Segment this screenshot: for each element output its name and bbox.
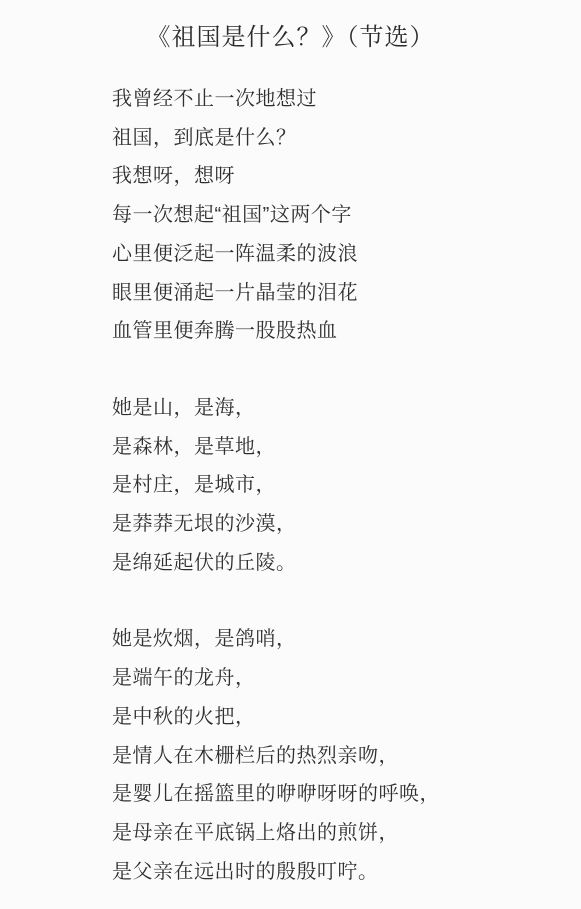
poem-line: 我曾经不止一次地想过	[112, 80, 551, 119]
poem-line: 是母亲在平底锅上烙出的煎饼，	[112, 814, 551, 853]
poem-line: 心里便泛起一阵温柔的波浪	[112, 235, 551, 274]
poem-line: 是村庄，是城市，	[112, 466, 551, 505]
poem-stanza-1: 我曾经不止一次地想过 祖国，到底是什么？ 我想呀，想呀 每一次想起“祖国”这两个…	[112, 80, 551, 351]
poem-article: 《祖国是什么？》（节选） 我曾经不止一次地想过 祖国，到底是什么？ 我想呀，想呀…	[0, 0, 581, 891]
poem-line: 是莽莽无垠的沙漠，	[112, 505, 551, 544]
poem-stanza-2: 她是山，是海， 是森林，是草地， 是村庄，是城市， 是莽莽无垠的沙漠， 是绵延起…	[112, 389, 551, 583]
poem-page: 《祖国是什么？》（节选） 我曾经不止一次地想过 祖国，到底是什么？ 我想呀，想呀…	[0, 0, 581, 909]
poem-line: 祖国，到底是什么？	[112, 119, 551, 158]
poem-title: 《祖国是什么？》（节选）	[0, 20, 581, 56]
poem-line: 她是炊烟，是鸽哨，	[112, 620, 551, 659]
poem-line: 是森林，是草地，	[112, 428, 551, 467]
poem-line: 血管里便奔腾一股股热血	[112, 312, 551, 351]
poem-line: 她是山，是海，	[112, 389, 551, 428]
poem-line: 每一次想起“祖国”这两个字	[112, 196, 551, 235]
poem-stanza-3: 她是炊烟，是鸽哨， 是端午的龙舟， 是中秋的火把， 是情人在木栅栏后的热烈亲吻，…	[112, 620, 551, 891]
poem-line: 是绵延起伏的丘陵。	[112, 544, 551, 583]
poem-line: 是中秋的火把，	[112, 698, 551, 737]
poem-line: 是情人在木栅栏后的热烈亲吻，	[112, 737, 551, 776]
poem-body: 我曾经不止一次地想过 祖国，到底是什么？ 我想呀，想呀 每一次想起“祖国”这两个…	[0, 80, 581, 891]
poem-line: 是端午的龙舟，	[112, 659, 551, 698]
poem-line: 是父亲在远出时的殷殷叮咛。	[112, 853, 551, 892]
poem-line: 我想呀，想呀	[112, 157, 551, 196]
poem-line: 眼里便涌起一片晶莹的泪花	[112, 274, 551, 313]
poem-line: 是婴儿在摇篮里的咿咿呀呀的呼唤，	[112, 775, 551, 814]
